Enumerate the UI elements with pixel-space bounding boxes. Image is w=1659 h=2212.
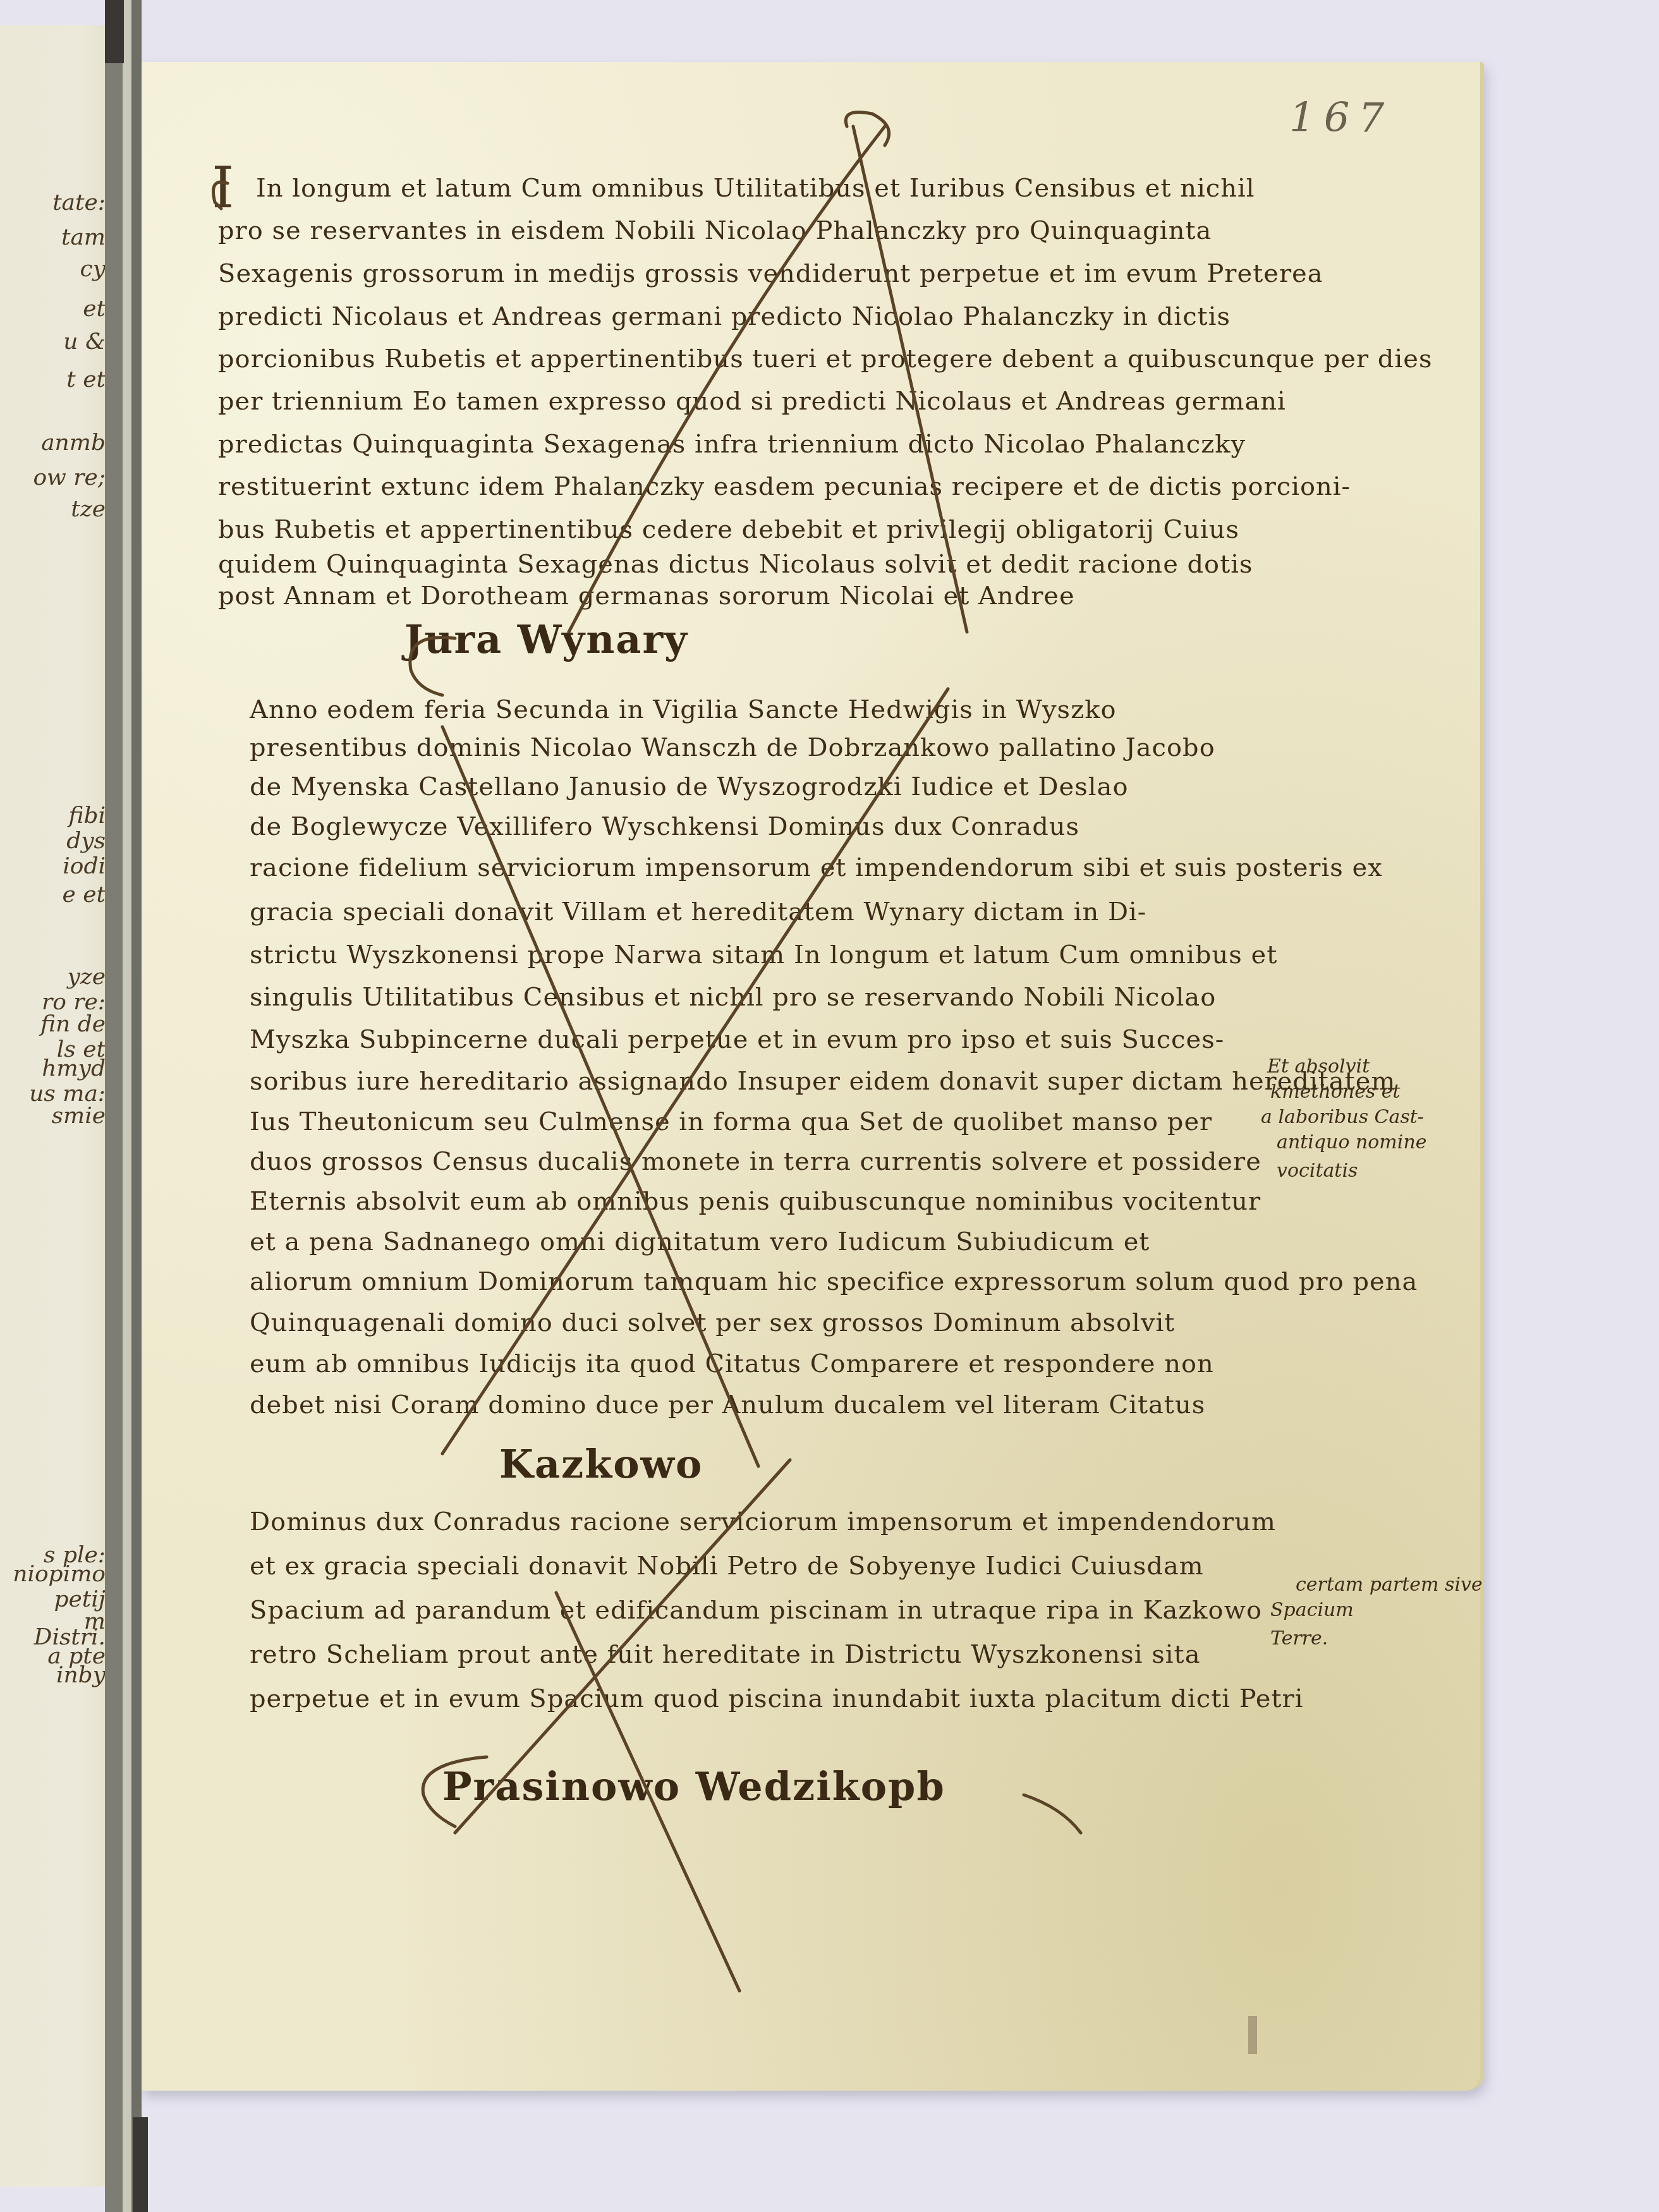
text-line: presentibus dominis Nicolao Wansczh de D… (250, 733, 1215, 762)
left-page-line: dys (0, 828, 111, 854)
left-page-line: cy (0, 256, 111, 282)
text-line: gracia speciali donavit Villam et heredi… (250, 897, 1146, 927)
left-page-line: niopimo (0, 1561, 111, 1587)
text-line: per triennium Eo tamen expresso quod si … (218, 387, 1286, 416)
left-page-line: tam (0, 224, 111, 250)
margin-note: a laboribus Cast- (1261, 1106, 1424, 1128)
binding-cover-bottom (133, 2117, 148, 2212)
margin-note: Et absolvit (1267, 1055, 1370, 1078)
text-line: predictas Quinquaginta Sexagenas infra t… (218, 430, 1246, 459)
entry-heading: Kazkowo (499, 1441, 703, 1487)
binding-spine-edge (131, 0, 142, 2212)
text-line: de Boglewycze Vexillifero Wyschkensi Dom… (250, 812, 1079, 841)
folio-number: 167 (1289, 95, 1393, 142)
left-page-line: e et (0, 882, 111, 908)
text-line: Dominus dux Conradus racione serviciorum… (250, 1507, 1276, 1536)
text-line: perpetue et in evum Spacium quod piscina… (250, 1684, 1304, 1713)
text-line: racione fidelium serviciorum impensorum … (250, 853, 1383, 882)
text-line: bus Rubetis et appertinentibus cedere de… (218, 515, 1239, 544)
entry-heading: Jura Wynary (404, 616, 688, 662)
text-line: Sexagenis grossorum in medijs grossis ve… (218, 259, 1323, 288)
text-line: et a pena Sadnanego omni dignitatum vero… (250, 1227, 1150, 1256)
text-line: Myszka Subpincerne ducali perpetue et in… (250, 1025, 1224, 1054)
text-line: porcionibus Rubetis et appertinentibus t… (218, 344, 1432, 374)
text-line: singulis Utilitatibus Censibus et nichil… (250, 983, 1216, 1012)
left-page-line: fin de (0, 1011, 111, 1037)
left-page-line: iodi (0, 853, 111, 879)
text-line: quidem Quinquaginta Sexagenas dictus Nic… (218, 550, 1253, 579)
text-line: de Myenska Castellano Janusio de Wyszogr… (250, 772, 1129, 801)
left-page-line: u & (0, 329, 111, 355)
margin-note: kmethones et (1270, 1081, 1401, 1103)
left-page-line: smie (0, 1103, 111, 1129)
ink-smudge (1248, 2016, 1257, 2054)
text-line: restituerint extunc idem Phalanczky easd… (218, 472, 1351, 501)
left-page-line: tate: (0, 190, 111, 216)
binding-spine (105, 0, 123, 2212)
text-line: pro se reservantes in eisdem Nobili Nico… (218, 216, 1212, 245)
margin-note: vocitatis (1277, 1160, 1358, 1182)
left-page-line: et (0, 296, 111, 322)
margin-note: Terre. (1270, 1627, 1328, 1650)
text-line: Ius Theutonicum seu Culmense in forma qu… (250, 1107, 1212, 1136)
text-line: et ex gracia speciali donavit Nobili Pet… (250, 1552, 1204, 1581)
text-line: Spacium ad parandum et edificandum pisci… (250, 1596, 1262, 1625)
text-line: Eternis absolvit eum ab omnibus penis qu… (250, 1187, 1261, 1216)
entry-heading: Prasinowo Wedzikopb (442, 1763, 945, 1809)
margin-note: Spacium (1270, 1599, 1354, 1621)
decorated-initial: I (212, 155, 234, 221)
left-page-fragment: tate:tamcyetu &t etanmbow re;tzefibidysi… (0, 25, 114, 2187)
left-page-line: t et (0, 367, 111, 392)
text-line: eum ab omnibus Iudicijs ita quod Citatus… (250, 1349, 1214, 1378)
text-line: Anno eodem feria Secunda in Vigilia Sanc… (250, 695, 1117, 724)
margin-note: antiquo nomine (1277, 1131, 1426, 1153)
text-line: soribus iure hereditario assignando Insu… (250, 1067, 1395, 1096)
left-page-line: inby (0, 1662, 111, 1688)
left-page-line: yze (0, 964, 111, 990)
left-page-line: tze (0, 496, 111, 522)
text-line: debet nisi Coram domino duce per Anulum … (250, 1390, 1205, 1419)
text-line: strictu Wyszkonensi prope Narwa sitam In… (250, 940, 1277, 969)
text-line: duos grossos Census ducalis monete in te… (250, 1147, 1261, 1176)
left-page-line: fibi (0, 803, 111, 829)
binding-cover-top (105, 0, 124, 63)
left-page-line: anmb (0, 430, 111, 456)
text-line: retro Scheliam prout ante fuit hereditat… (250, 1640, 1201, 1669)
text-line: In longum et latum Cum omnibus Utilitati… (256, 174, 1255, 203)
left-page-line: hmyd (0, 1055, 111, 1081)
text-line: post Annam et Dorotheam germanas sororum… (218, 581, 1075, 611)
text-line: Quinquagenali domino duci solvet per sex… (250, 1308, 1175, 1337)
binding-spine-highlight (123, 0, 131, 2212)
margin-note: certam partem sive (1296, 1574, 1483, 1596)
text-line: aliorum omnium Dominorum tamquam hic spe… (250, 1267, 1418, 1296)
text-line: predicti Nicolaus et Andreas germani pre… (218, 302, 1231, 331)
left-page-line: ow re; (0, 465, 111, 490)
